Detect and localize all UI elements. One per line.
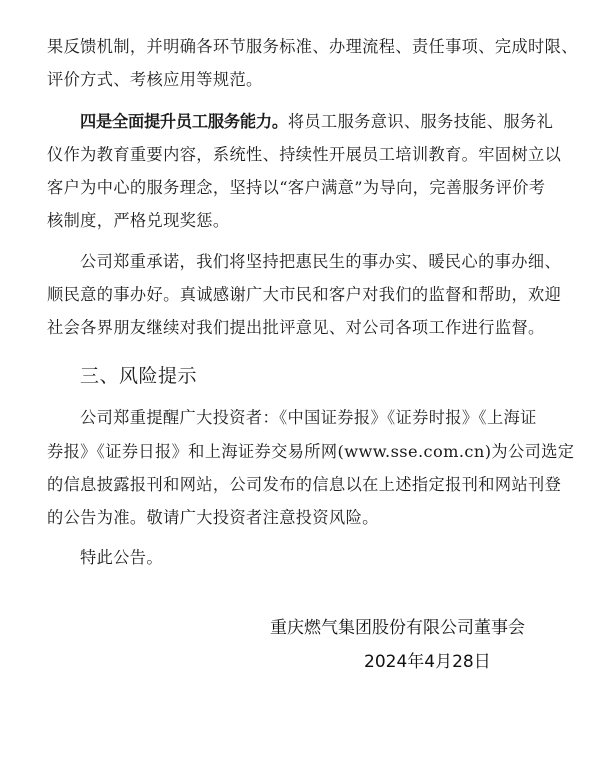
paragraph-first-line: 公司郑重提醒广大投资者：《中国证券报》《证券时报》《上海证 xyxy=(80,408,600,428)
paragraph-line: 仪作为教育重要内容，系统性、持续性开展员工培训教育。牢固树立以 xyxy=(47,145,567,165)
paragraph-line: 果反馈机制，并明确各环节服务标准、办理流程、责任事项、完成时限、 xyxy=(47,37,567,57)
paragraph-line: 顺民意的事办好。真诚感谢广大市民和客户对我们的监督和帮助，欢迎 xyxy=(47,285,567,305)
paragraph-line: 社会各界朋友继续对我们提出批评意见、对公司各项工作进行监督。 xyxy=(47,318,567,338)
signature-date: 2024年4月28日 xyxy=(364,651,491,673)
paragraph-line: 的信息披露报刊和网站，公司发布的信息以在上述指定报刊和网站刊登 xyxy=(47,475,567,495)
paragraph-text: 将员工服务意识、服务技能、服务礼 xyxy=(288,112,553,131)
closing-text: 特此公告。 xyxy=(80,548,600,568)
paragraph-line: 券报》《证券日报》和上海证券交易所网(www.sse.com.cn)为公司选定 xyxy=(47,442,567,462)
paragraph-line: 客户为中心的服务理念，坚持以“客户满意”为导向，完善服务评价考 xyxy=(47,178,567,198)
paragraph-line: 评价方式、考核应用等规范。 xyxy=(47,70,567,90)
paragraph-line: 核制度，严格兑现奖惩。 xyxy=(47,211,567,231)
paragraph-first-line: 四是全面提升员工服务能力。将员工服务意识、服务技能、服务礼 xyxy=(80,112,600,132)
section-heading: 三、风险提示 xyxy=(80,364,197,388)
signature-company: 重庆燃气集团股份有限公司董事会 xyxy=(270,617,525,639)
bold-lead-text: 四是全面提升员工服务能力。 xyxy=(80,112,288,131)
paragraph-first-line: 公司郑重承诺，我们将坚持把惠民生的事办实、暖民心的事办细、 xyxy=(80,252,600,272)
paragraph-line: 的公告为准。敬请广大投资者注意投资风险。 xyxy=(47,508,567,528)
document-page: 果反馈机制，并明确各环节服务标准、办理流程、责任事项、完成时限、 评价方式、考核… xyxy=(0,0,604,771)
